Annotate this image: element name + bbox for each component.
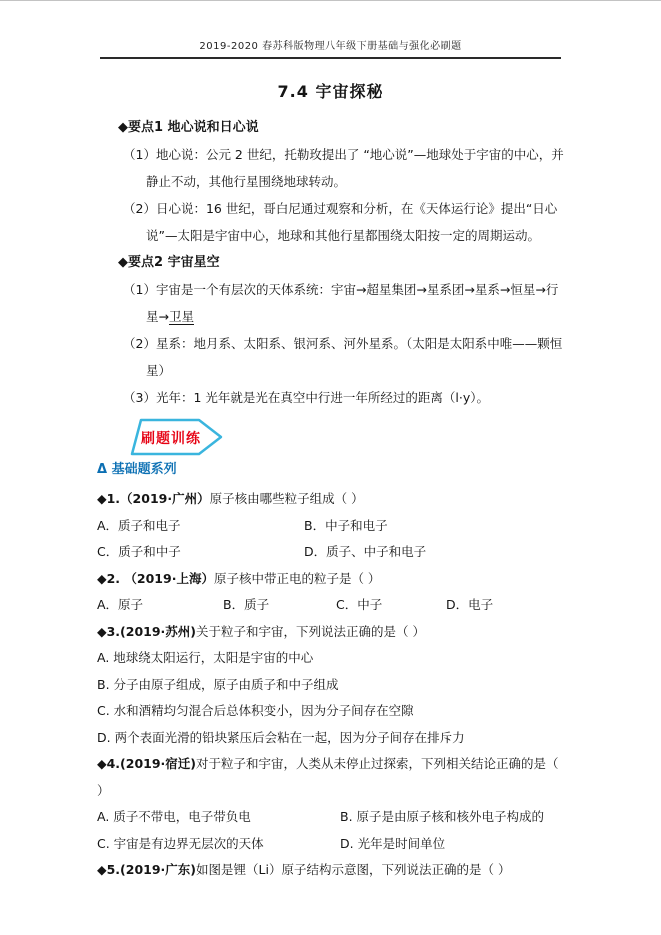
question-5-number: ◆5.(2019·广东): [97, 862, 196, 877]
option-c: C. 水和酒精均匀混合后总体积变小，因为分子间存在空隙: [97, 698, 567, 725]
option-d: D．质子、中子和电子: [304, 539, 426, 566]
option-a: A．原子: [97, 592, 223, 619]
key-point-2-item-3: （3）光年：1 光年就是光在真空中行进一年所经过的距离（l·y）。: [123, 384, 567, 411]
option-c: C．中子: [336, 592, 446, 619]
option-a: A. 地球绕太阳运行，太阳是宇宙的中心: [97, 645, 567, 672]
option-d: D．电子: [446, 592, 493, 619]
drill-training-badge: 刷题训练: [127, 418, 227, 456]
question-3-text: 关于粒子和宇宙，下列说法正确的是（ ）: [196, 624, 425, 639]
questions-section: ◆1.（2019·广州）原子核由哪些粒子组成（ ） A．质子和电子 B．中子和电…: [97, 486, 567, 884]
key-point-1-item-2: （2）日心说：16 世纪，哥白尼通过观察和分析，在《天体运行论》提出“日心说”—…: [123, 195, 567, 249]
question-4-number: ◆4.(2019·宿迁): [97, 756, 196, 771]
option-a: A. 质子不带电，电子带负电: [97, 804, 340, 831]
question-1-options-row-2: C．质子和中子 D．质子、中子和电子: [97, 539, 567, 566]
document-header: 2019-2020 春苏科版物理八年级下册基础与强化必刷题: [100, 37, 561, 59]
question-3-stem: ◆3.(2019·苏州)关于粒子和宇宙，下列说法正确的是（ ）: [97, 619, 567, 646]
question-2-stem: ◆2. （2019·上海）原子核中带正电的粒子是（ ）: [97, 566, 567, 593]
key-point-2-item-2: （2）星系：地月系、太阳系、银河系、河外星系。（太阳是太阳系中唯——颗恒星）: [123, 330, 567, 384]
question-1-text: 原子核由哪些粒子组成（ ）: [210, 491, 364, 506]
key-point-2-item-1: （1）宇宙是一个有层次的天体系统：宇宙→超星集团→星系团→星系→恒星→行星→卫星: [123, 276, 567, 330]
question-2-options-row: A．原子 B．质子 C．中子 D．电子: [97, 592, 567, 619]
question-4-options-row-2: C. 宇宙是有边界无层次的天体 D. 光年是时间单位: [97, 831, 567, 858]
question-1-options-row-1: A．质子和电子 B．中子和电子: [97, 513, 567, 540]
option-a: A．质子和电子: [97, 513, 304, 540]
option-d: D. 光年是时间单位: [340, 831, 445, 858]
question-3-number: ◆3.(2019·苏州): [97, 624, 196, 639]
question-5-stem: ◆5.(2019·广东)如图是锂（Li）原子结构示意图，下列说法正确的是（ ）: [97, 857, 567, 884]
option-b: B. 原子是由原子核和核外电子构成的: [340, 804, 544, 831]
option-b: B．质子: [223, 592, 336, 619]
question-2-number: ◆2. （2019·上海）: [97, 571, 214, 586]
option-c: C．质子和中子: [97, 539, 304, 566]
document-page: 2019-2020 春苏科版物理八年级下册基础与强化必刷题 7.4 宇宙探秘 ◆…: [0, 0, 661, 935]
key-point-1-heading: ◆要点1 地心说和日心说: [118, 114, 567, 141]
key-points-section: ◆要点1 地心说和日心说 （1）地心说：公元 2 世纪，托勒玫提出了 “地心说”…: [97, 114, 567, 482]
option-c: C. 宇宙是有边界无层次的天体: [97, 831, 340, 858]
option-b: B．中子和电子: [304, 513, 388, 540]
question-4-stem: ◆4.(2019·宿迁)对于粒子和宇宙，人类从未停止过探索，下列相关结论正确的是…: [97, 751, 567, 804]
basic-series-label: Δ 基础题系列: [97, 458, 567, 482]
question-5-text: 如图是锂（Li）原子结构示意图，下列说法正确的是（ ）: [196, 862, 510, 877]
key-point-2-heading: ◆要点2 宇宙星空: [118, 249, 567, 276]
question-4-options-row-1: A. 质子不带电，电子带负电 B. 原子是由原子核和核外电子构成的: [97, 804, 567, 831]
question-1-number: ◆1.（2019·广州）: [97, 491, 210, 506]
option-b: B. 分子由原子组成，原子由质子和中子组成: [97, 672, 567, 699]
badge-label: 刷题训练: [141, 426, 201, 453]
option-d: D. 两个表面光滑的铅块紧压后会粘在一起，因为分子间存在排斥力: [97, 725, 567, 752]
header-text: 2019-2020 春苏科版物理八年级下册基础与强化必刷题: [199, 41, 461, 52]
satellite-underlined-text: 卫星: [169, 309, 194, 324]
question-2-text: 原子核中带正电的粒子是（ ）: [214, 571, 380, 586]
page-title: 7.4 宇宙探秘: [0, 79, 661, 102]
question-1-stem: ◆1.（2019·广州）原子核由哪些粒子组成（ ）: [97, 486, 567, 513]
key-point-1-item-1: （1）地心说：公元 2 世纪，托勒玫提出了 “地心说”—地球处于宇宙的中心，并静…: [123, 141, 567, 195]
